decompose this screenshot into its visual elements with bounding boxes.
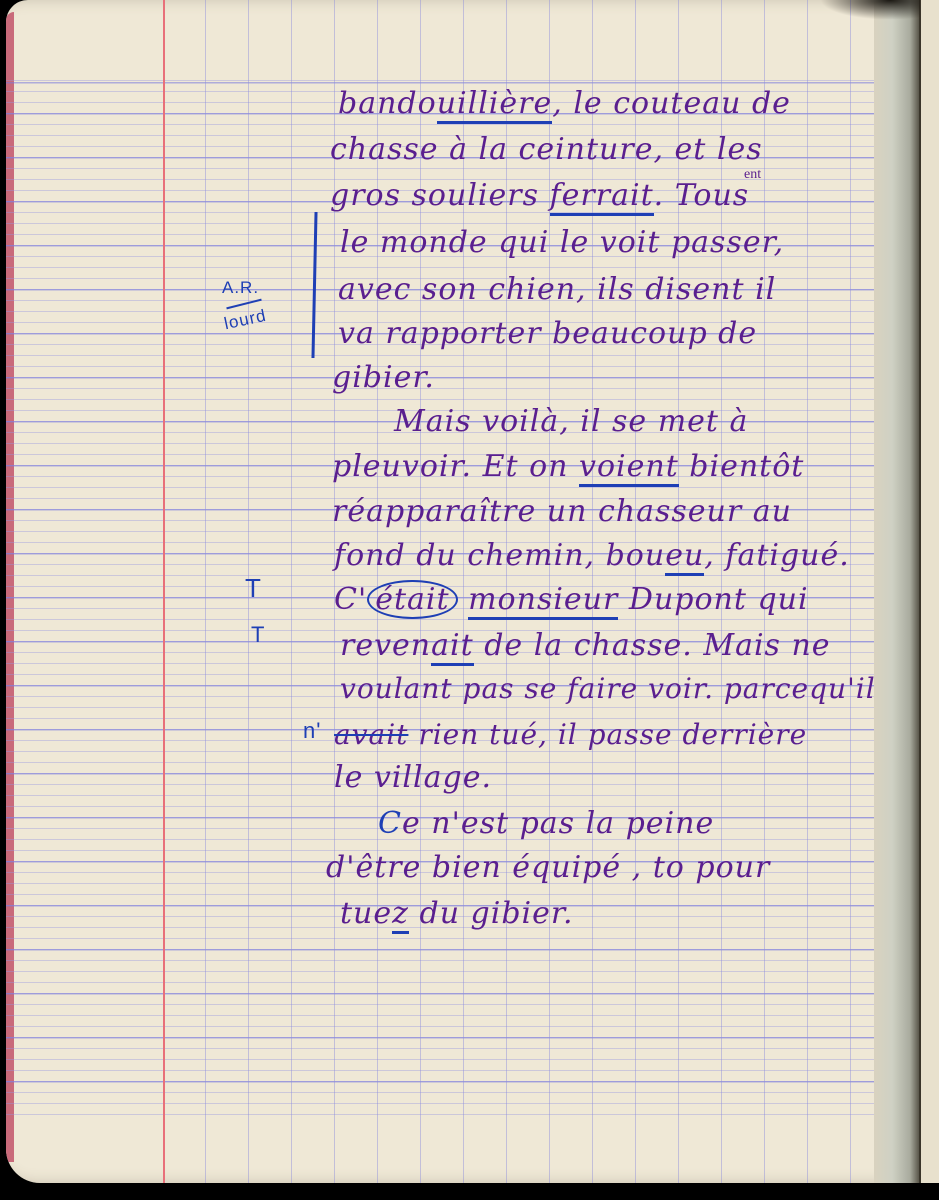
margin-mark-t2: T (251, 622, 265, 648)
text-line-17: Ce n'est pas la peine (378, 806, 714, 841)
text-line-13: revenait de la chasse. Mais ne (340, 628, 831, 663)
text-line-12: C'était monsieur Dupont qui (334, 582, 809, 617)
text-line-1: bandouillière, le couteau de (338, 86, 791, 121)
text-line-8: Mais voilà, il se met à (394, 404, 748, 439)
binding-shadow (820, 0, 920, 20)
circled-word-etait: était (367, 580, 457, 619)
text-line-16: le village. (334, 760, 492, 795)
text-line-4: le monde qui le voit passer, (340, 225, 784, 260)
text-line-11: fond du chemin, boueu, fatigué. (334, 538, 850, 573)
text-line-7: gibier. (332, 360, 435, 395)
text-line-18: d'être bien équipé , to pour (326, 850, 770, 885)
margin-mark-t1: T (245, 573, 262, 604)
text-line-2: chasse à la ceinture, et les (330, 132, 763, 167)
page-gutter (874, 0, 919, 1183)
correction-ent-insertion: ent (744, 167, 761, 183)
text-line-9: pleuvoir. Et on voient bientôt (332, 449, 804, 484)
text-line-10: réapparaître un chasseur au (332, 494, 792, 529)
text-line-6: va rapporter beaucoup de (338, 316, 757, 351)
next-page-edge (919, 0, 939, 1183)
margin-note-ar: A.R. (222, 278, 259, 298)
text-line-15: avait rien tué, il passe derrière (334, 718, 807, 751)
correction-n-prefix: n' (303, 718, 321, 744)
text-line-19: tuez du gibier. (340, 896, 573, 931)
text-line-5: avec son chien, ils disent il (338, 272, 776, 307)
margin-line (163, 0, 165, 1183)
text-line-14: voulant pas se faire voir. parcequ'il (340, 672, 876, 705)
text-line-3: gros souliers ferrait. Tous (330, 178, 749, 213)
